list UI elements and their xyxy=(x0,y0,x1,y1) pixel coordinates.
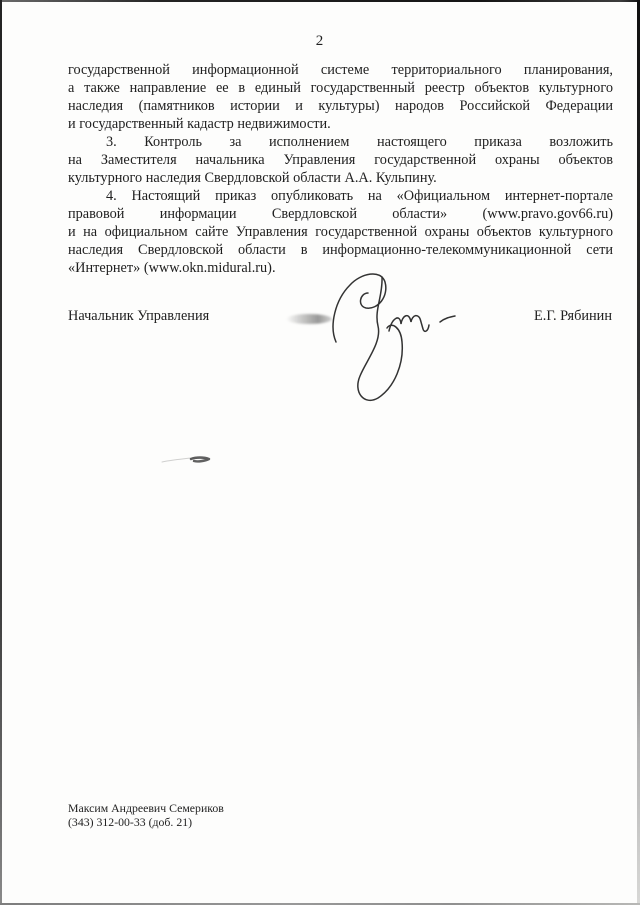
body-line: 4. Настоящий приказ опубликовать на «Офи… xyxy=(68,187,613,205)
body-text: государственной информационной системе т… xyxy=(68,61,613,277)
footer-contact-name: Максим Андреевич Семериков xyxy=(68,801,224,815)
body-line: наследия Свердловской области в информац… xyxy=(68,241,613,259)
scan-edge-top xyxy=(0,0,640,2)
scan-edge-left xyxy=(0,0,2,905)
page-number: 2 xyxy=(0,33,640,50)
body-line: правовой информации Свердловской области… xyxy=(68,205,613,223)
body-line: культурного наследия Свердловской област… xyxy=(68,169,613,187)
body-line: а также направление ее в единый государс… xyxy=(68,79,613,97)
body-line: 3. Контроль за исполнением настоящего пр… xyxy=(68,133,613,151)
document-page: 2 государственной информационной системе… xyxy=(0,0,640,905)
body-line: и государственный кадастр недвижимости. xyxy=(68,115,613,133)
official-position: Начальник Управления xyxy=(68,307,209,325)
body-line: на Заместителя начальника Управления гос… xyxy=(68,151,613,169)
body-line: и на официальном сайте Управления госуда… xyxy=(68,223,613,241)
scan-smudge-mid-page xyxy=(158,448,222,468)
footer-contact-phone: (343) 312-00-33 (доб. 21) xyxy=(68,815,224,829)
body-line: наследия (памятников истории и культуры)… xyxy=(68,97,613,115)
signature xyxy=(316,266,476,408)
official-name: Е.Г. Рябинин xyxy=(534,307,612,325)
executor-block: Максим Андреевич Семериков (343) 312-00-… xyxy=(68,801,224,829)
body-line: государственной информационной системе т… xyxy=(68,61,613,79)
